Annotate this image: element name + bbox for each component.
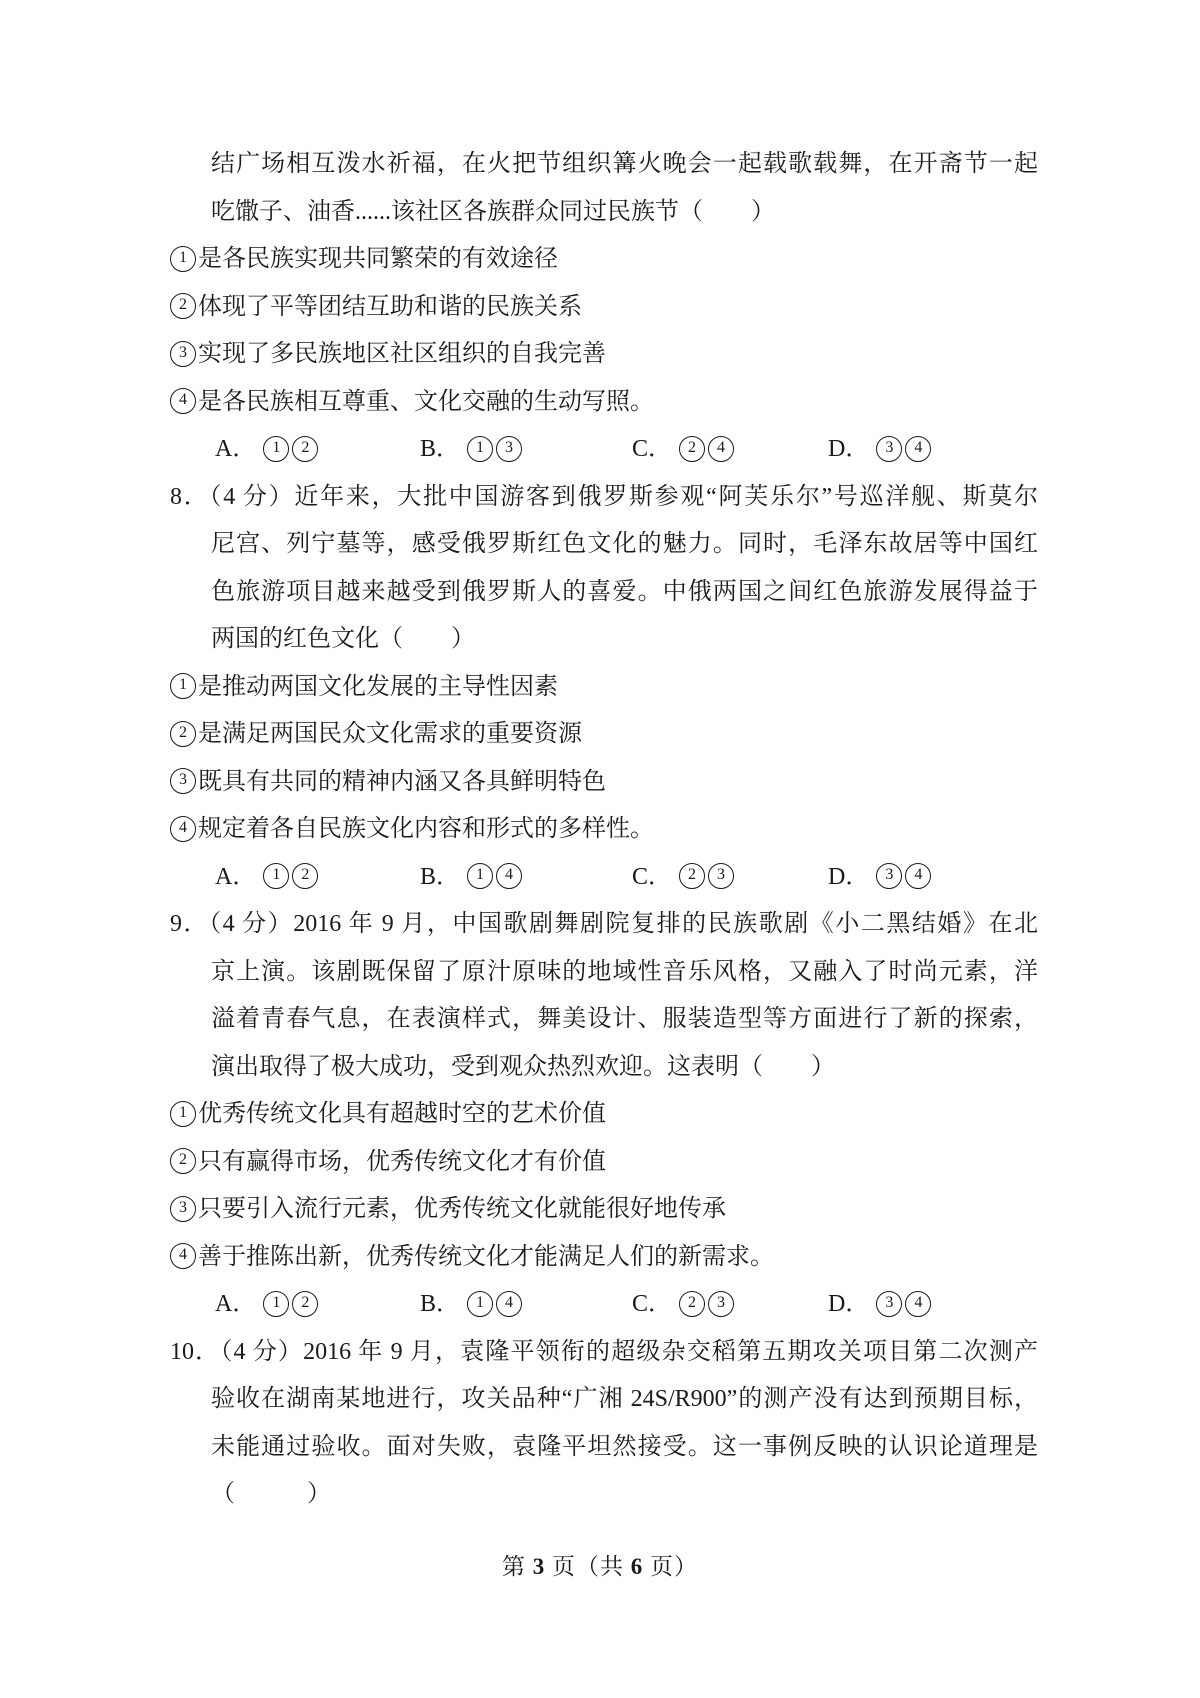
circled-number-icon: 2 bbox=[170, 1148, 196, 1174]
question-text-line: 溢着青春气息，在表演样式，舞美设计、服装造型等方面进行了新的探索， bbox=[170, 996, 1038, 1044]
circled-number-icon: 1 bbox=[170, 673, 196, 699]
statement-text: 既具有共同的精神内涵又各具鲜明特色 bbox=[198, 769, 606, 795]
question-text-line: 色旅游项目越来越受到俄罗斯人的喜爱。中俄两国之间红色旅游发展得益于 bbox=[170, 569, 1038, 617]
question-points: （4 分） bbox=[220, 1339, 303, 1365]
total-pages: 6 bbox=[631, 1554, 644, 1579]
option-a: A．12 bbox=[215, 426, 318, 474]
circled-number-icon: 3 bbox=[170, 768, 196, 794]
statement-text: 是推动两国文化发展的主导性因素 bbox=[198, 674, 558, 700]
option-a: A．12 bbox=[215, 1281, 318, 1329]
circled-number-icon: 4 bbox=[170, 816, 196, 842]
circled-number-icon: 3 bbox=[876, 1291, 902, 1317]
circled-number-icon: 2 bbox=[679, 863, 705, 889]
question-text-line: 结广场相互泼水祈福，在火把节组织篝火晚会一起载歌载舞，在开斋节一起 bbox=[170, 141, 1038, 189]
circled-number-icon: 4 bbox=[905, 1291, 931, 1317]
option-d: D．34 bbox=[828, 426, 931, 474]
circled-number-icon: 1 bbox=[170, 246, 196, 272]
question-text-line: 尼宫、列宁墓等，感受俄罗斯红色文化的魅力。同时，毛泽东故居等中国红 bbox=[170, 521, 1038, 569]
statement-text: 体现了平等团结互助和谐的民族关系 bbox=[198, 294, 582, 320]
option-label: A． bbox=[215, 864, 256, 890]
question-points: （4 分） bbox=[209, 484, 294, 510]
circled-number-icon: 3 bbox=[708, 863, 734, 889]
option-b: B．13 bbox=[420, 426, 522, 474]
circled-number-icon: 1 bbox=[263, 436, 289, 462]
statement-line: 1是推动两国文化发展的主导性因素 bbox=[170, 664, 1038, 712]
option-label: A． bbox=[215, 1291, 256, 1317]
statement-text: 只有赢得市场，优秀传统文化才有价值 bbox=[198, 1149, 606, 1175]
circled-number-icon: 4 bbox=[496, 1291, 522, 1317]
options-row: A．12 B．14 C．23 D．34 bbox=[170, 1281, 1038, 1329]
question-number: 9． bbox=[170, 911, 209, 937]
circled-number-icon: 3 bbox=[170, 1196, 196, 1222]
statement-text: 优秀传统文化具有超越时空的艺术价值 bbox=[198, 1101, 606, 1127]
circled-number-icon: 4 bbox=[496, 863, 522, 889]
question-text: 近年来，大批中国游客到俄罗斯参观“阿芙乐尔”号巡洋舰、斯莫尔 bbox=[294, 484, 1038, 510]
question-first-line: 10．（4 分）2016 年 9 月，袁隆平领衔的超级杂交稻第五期攻关项目第二次… bbox=[170, 1329, 1038, 1377]
statement-line: 2只有赢得市场，优秀传统文化才有价值 bbox=[170, 1139, 1038, 1187]
question-10: 10．（4 分）2016 年 9 月，袁隆平领衔的超级杂交稻第五期攻关项目第二次… bbox=[170, 1329, 1038, 1519]
circled-number-icon: 3 bbox=[708, 1291, 734, 1317]
footer-text: 页） bbox=[643, 1554, 698, 1579]
question-text-line: 京上演。该剧既保留了原汁原味的地域性音乐风格，又融入了时尚元素，洋 bbox=[170, 949, 1038, 997]
page-footer: 第 3 页（共 6 页） bbox=[0, 1548, 1200, 1581]
circled-number-icon: 3 bbox=[876, 863, 902, 889]
statement-line: 2体现了平等团结互助和谐的民族关系 bbox=[170, 284, 1038, 332]
circled-number-icon: 3 bbox=[876, 436, 902, 462]
option-label: C． bbox=[632, 1291, 672, 1317]
circled-number-icon: 1 bbox=[170, 1101, 196, 1127]
options-row: A．12 B．14 C．23 D．34 bbox=[170, 854, 1038, 902]
option-c: C．23 bbox=[632, 1281, 734, 1329]
footer-text: 页（共 bbox=[545, 1554, 631, 1579]
question-text-line: 两国的红色文化（ ） bbox=[170, 616, 1038, 664]
option-label: B． bbox=[420, 1291, 460, 1317]
statement-text: 是各民族实现共同繁荣的有效途径 bbox=[198, 246, 558, 272]
page-number: 3 bbox=[533, 1554, 546, 1579]
circled-number-icon: 2 bbox=[292, 1291, 318, 1317]
option-c: C．23 bbox=[632, 854, 734, 902]
question-8: 8．（4 分）近年来，大批中国游客到俄罗斯参观“阿芙乐尔”号巡洋舰、斯莫尔 尼宫… bbox=[170, 474, 1038, 902]
option-b: B．14 bbox=[420, 854, 522, 902]
circled-number-icon: 4 bbox=[708, 436, 734, 462]
statement-line: 4是各民族相互尊重、文化交融的生动写照。 bbox=[170, 379, 1038, 427]
question-text-line: 未能通过验收。面对失败，袁隆平坦然接受。这一事例反映的认识论道理是 bbox=[170, 1424, 1038, 1472]
circled-number-icon: 2 bbox=[292, 436, 318, 462]
statement-text: 是满足两国民众文化需求的重要资源 bbox=[198, 721, 582, 747]
option-c: C．24 bbox=[632, 426, 734, 474]
statement-line: 3实现了多民族地区社区组织的自我完善 bbox=[170, 331, 1038, 379]
circled-number-icon: 4 bbox=[905, 863, 931, 889]
circled-number-icon: 2 bbox=[679, 436, 705, 462]
question-number: 8． bbox=[170, 484, 209, 510]
option-label: B． bbox=[420, 864, 460, 890]
question-text-line: 吃馓子、油香......该社区各族群众同过民族节（ ） bbox=[170, 189, 1038, 237]
circled-number-icon: 3 bbox=[170, 341, 196, 367]
circled-number-icon: 1 bbox=[467, 1291, 493, 1317]
statement-line: 3只要引入流行元素，优秀传统文化就能很好地传承 bbox=[170, 1186, 1038, 1234]
question-first-line: 9．（4 分）2016 年 9 月，中国歌剧舞剧院复排的民族歌剧《小二黑结婚》在… bbox=[170, 901, 1038, 949]
question-9: 9．（4 分）2016 年 9 月，中国歌剧舞剧院复排的民族歌剧《小二黑结婚》在… bbox=[170, 901, 1038, 1329]
options-row: A．12 B．13 C．24 D．34 bbox=[170, 426, 1038, 474]
circled-number-icon: 2 bbox=[170, 293, 196, 319]
circled-number-icon: 2 bbox=[292, 863, 318, 889]
option-label: D． bbox=[828, 864, 869, 890]
option-b: B．14 bbox=[420, 1281, 522, 1329]
option-a: A．12 bbox=[215, 854, 318, 902]
footer-text: 第 bbox=[502, 1554, 533, 1579]
circled-number-icon: 3 bbox=[496, 436, 522, 462]
circled-number-icon: 1 bbox=[467, 436, 493, 462]
question-first-line: 8．（4 分）近年来，大批中国游客到俄罗斯参观“阿芙乐尔”号巡洋舰、斯莫尔 bbox=[170, 474, 1038, 522]
circled-number-icon: 1 bbox=[263, 1291, 289, 1317]
statement-text: 实现了多民族地区社区组织的自我完善 bbox=[198, 341, 606, 367]
option-label: C． bbox=[632, 864, 672, 890]
circled-number-icon: 2 bbox=[679, 1291, 705, 1317]
statement-text: 善于推陈出新，优秀传统文化才能满足人们的新需求。 bbox=[198, 1244, 774, 1270]
option-label: A． bbox=[215, 436, 256, 462]
option-d: D．34 bbox=[828, 1281, 931, 1329]
statement-line: 1是各民族实现共同繁荣的有效途径 bbox=[170, 236, 1038, 284]
question-7-continuation: 结广场相互泼水祈福，在火把节组织篝火晚会一起载歌载舞，在开斋节一起 吃馓子、油香… bbox=[170, 141, 1038, 474]
circled-number-icon: 4 bbox=[170, 388, 196, 414]
circled-number-icon: 1 bbox=[467, 863, 493, 889]
statement-line: 1优秀传统文化具有超越时空的艺术价值 bbox=[170, 1091, 1038, 1139]
question-points: （4 分） bbox=[209, 911, 293, 937]
exam-page-content: 结广场相互泼水祈福，在火把节组织篝火晚会一起载歌载舞，在开斋节一起 吃馓子、油香… bbox=[170, 141, 1038, 1519]
option-d: D．34 bbox=[828, 854, 931, 902]
question-text-line: 验收在湖南某地进行，攻关品种“广湘 24S/R900”的测产没有达到预期目标， bbox=[170, 1376, 1038, 1424]
statement-line: 3既具有共同的精神内涵又各具鲜明特色 bbox=[170, 759, 1038, 807]
statement-text: 是各民族相互尊重、文化交融的生动写照。 bbox=[198, 389, 654, 415]
circled-number-icon: 1 bbox=[263, 863, 289, 889]
statement-text: 只要引入流行元素，优秀传统文化就能很好地传承 bbox=[198, 1196, 726, 1222]
question-text: 2016 年 9 月，袁隆平领衔的超级杂交稻第五期攻关项目第二次测产 bbox=[303, 1339, 1038, 1365]
option-label: D． bbox=[828, 436, 869, 462]
question-text-line: 演出取得了极大成功，受到观众热烈欢迎。这表明（ ） bbox=[170, 1044, 1038, 1092]
option-label: C． bbox=[632, 436, 672, 462]
question-text: 2016 年 9 月，中国歌剧舞剧院复排的民族歌剧《小二黑结婚》在北 bbox=[293, 911, 1038, 937]
option-label: D． bbox=[828, 1291, 869, 1317]
statement-line: 2是满足两国民众文化需求的重要资源 bbox=[170, 711, 1038, 759]
circled-number-icon: 4 bbox=[905, 436, 931, 462]
circled-number-icon: 2 bbox=[170, 721, 196, 747]
statement-text: 规定着各自民族文化内容和形式的多样性。 bbox=[198, 816, 654, 842]
question-number: 10． bbox=[170, 1339, 220, 1365]
statement-line: 4善于推陈出新，优秀传统文化才能满足人们的新需求。 bbox=[170, 1234, 1038, 1282]
question-text-line: （ ） bbox=[170, 1471, 1038, 1519]
option-label: B． bbox=[420, 436, 460, 462]
circled-number-icon: 4 bbox=[170, 1243, 196, 1269]
statement-line: 4规定着各自民族文化内容和形式的多样性。 bbox=[170, 806, 1038, 854]
